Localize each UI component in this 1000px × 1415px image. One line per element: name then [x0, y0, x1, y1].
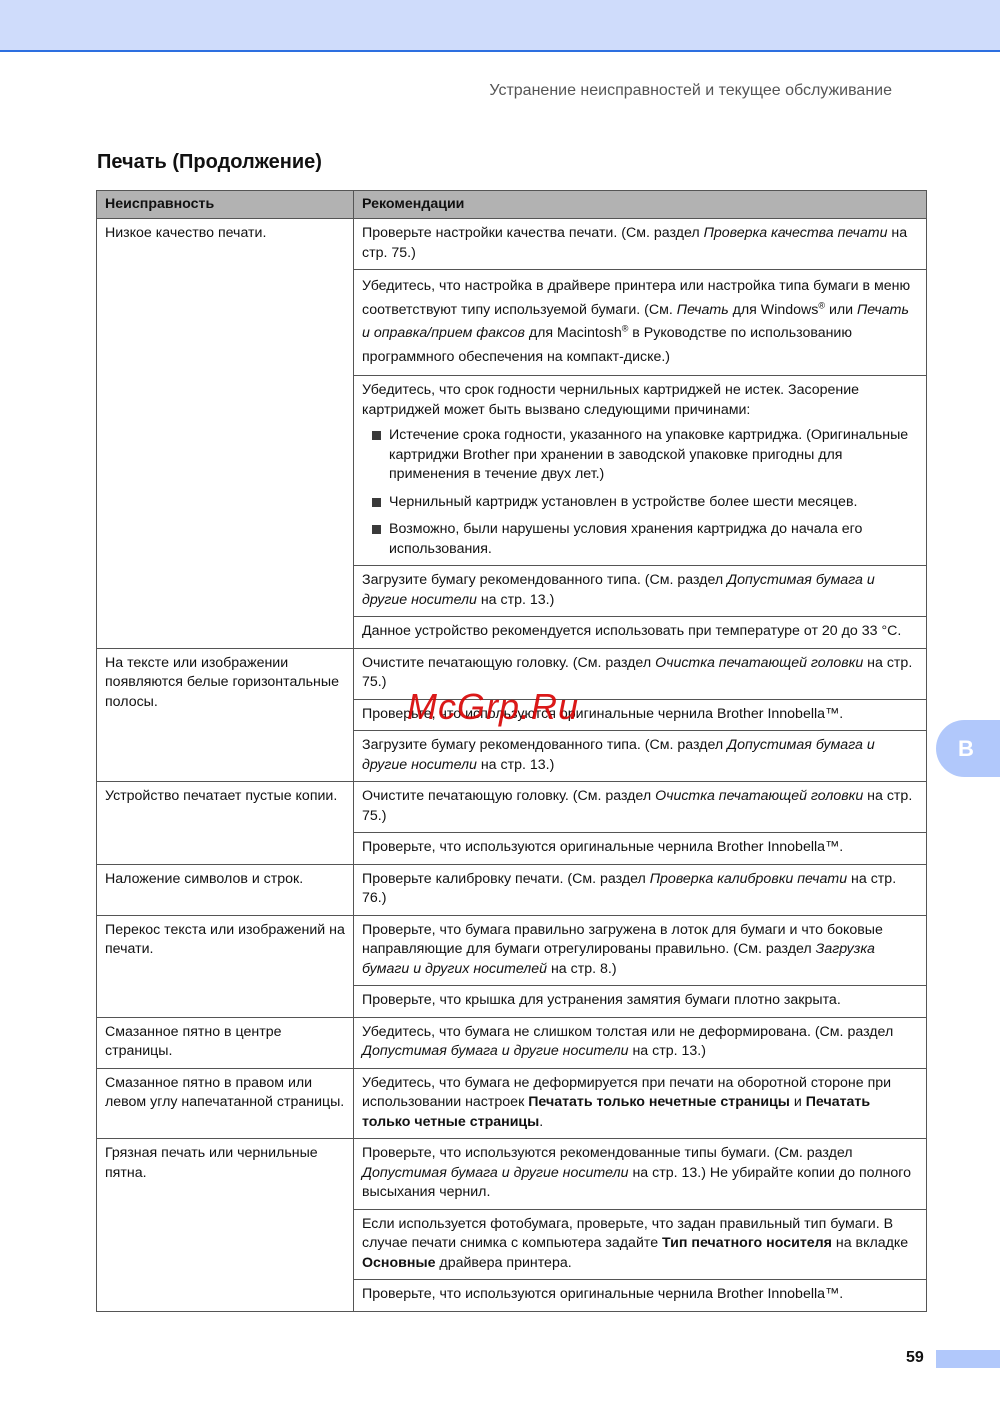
table-row: Грязная печать или чернильные пятна.Пров… [97, 1139, 927, 1210]
text-fragment: Убедитесь, что срок годности чернильных … [362, 382, 859, 418]
table-row: Смазанное пятно в правом или левом углу … [97, 1068, 927, 1139]
page-number: 59 [906, 1349, 924, 1367]
column-header-problem: Неисправность [97, 191, 354, 219]
table-row: Смазанное пятно в центре страницы.Убедит… [97, 1017, 927, 1068]
chapter-tab-label: B [958, 736, 974, 762]
problem-cell: Смазанное пятно в центре страницы. [97, 1017, 354, 1068]
text-fragment: Проверьте настройки качества печати. (См… [362, 225, 704, 241]
text-fragment: и [790, 1094, 806, 1110]
table-row: Устройство печатает пустые копии.Очистит… [97, 782, 927, 833]
bullet-text: Возможно, были нарушены условия хранения… [389, 521, 862, 557]
cross-reference: Допустимая бумага и другие носители [362, 1165, 629, 1181]
recommendation-cell: Проверьте, что используются оригинальные… [354, 699, 927, 731]
recommendation-cell: Проверьте калибровку печати. (См. раздел… [354, 864, 927, 915]
square-bullet-icon [372, 431, 381, 440]
text-fragment: Убедитесь, что бумага не слишком толстая… [362, 1024, 893, 1040]
cross-reference: Очистка печатающей головки [655, 788, 863, 804]
text-fragment: или [825, 302, 857, 318]
cross-reference: Проверка качества печати [704, 225, 888, 241]
recommendation-cell: Убедитесь, что срок годности чернильных … [354, 376, 927, 566]
text-fragment: Проверьте, что используются оригинальные… [362, 1286, 843, 1302]
text-fragment: на стр. 13.) [629, 1043, 706, 1059]
running-header: Устранение неисправностей и текущее обсл… [489, 82, 892, 100]
table-row: Низкое качество печати.Проверьте настрой… [97, 219, 927, 270]
troubleshooting-table: Неисправность Рекомендации Низкое качест… [96, 190, 927, 1312]
cross-reference: Печать [677, 302, 729, 318]
recommendation-cell: Загрузите бумагу рекомендованного типа. … [354, 566, 927, 617]
text-fragment: Проверьте, что используются рекомендован… [362, 1145, 853, 1161]
text-fragment: драйвера принтера. [435, 1255, 571, 1271]
column-header-recommendations: Рекомендации [354, 191, 927, 219]
table-body: Низкое качество печати.Проверьте настрой… [97, 219, 927, 1312]
recommendation-cell: Загрузите бумагу рекомендованного типа. … [354, 731, 927, 782]
bullet-list: Истечение срока годности, указанного на … [362, 426, 918, 559]
table-row: Наложение символов и строк.Проверьте кал… [97, 864, 927, 915]
problem-cell: На тексте или изображении появляются бел… [97, 648, 354, 782]
text-fragment: на стр. 8.) [547, 961, 617, 977]
problem-cell: Грязная печать или чернильные пятна. [97, 1139, 354, 1312]
setting-name: Основные [362, 1255, 435, 1271]
table-header-row: Неисправность Рекомендации [97, 191, 927, 219]
text-fragment: Проверьте, что крышка для устранения зам… [362, 992, 841, 1008]
chapter-tab: B [936, 720, 1000, 777]
text-fragment: Проверьте калибровку печати. (См. раздел [362, 871, 650, 887]
text-fragment: на стр. 13.) [477, 592, 554, 608]
recommendation-cell: Проверьте настройки качества печати. (См… [354, 219, 927, 270]
problem-cell: Перекос текста или изображений на печати… [97, 915, 354, 1017]
problem-cell: Низкое качество печати. [97, 219, 354, 649]
recommendation-cell: Убедитесь, что бумага не слишком толстая… [354, 1017, 927, 1068]
bullet-item: Возможно, были нарушены условия хранения… [372, 520, 918, 559]
recommendation-cell: Очистите печатающую головку. (См. раздел… [354, 782, 927, 833]
recommendation-cell: Проверьте, что крышка для устранения зам… [354, 986, 927, 1018]
text-fragment: Очистите печатающую головку. (См. раздел [362, 655, 655, 671]
recommendation-cell: Убедитесь, что бумага не деформируется п… [354, 1068, 927, 1139]
cross-reference: Допустимая бумага и другие носители [362, 1043, 629, 1059]
text-fragment: Проверьте, что бумага правильно загружен… [362, 922, 883, 958]
text-fragment: для Macintosh [525, 325, 622, 341]
cross-reference: Очистка печатающей головки [655, 655, 863, 671]
text-fragment: на стр. 13.) [477, 757, 554, 773]
setting-name: Тип печатного носителя [662, 1235, 832, 1251]
text-fragment: Загрузите бумагу рекомендованного типа. … [362, 572, 727, 588]
recommendation-cell: Если используется фотобумага, проверьте,… [354, 1209, 927, 1280]
recommendation-cell: Проверьте, что используются оригинальные… [354, 1280, 927, 1312]
recommendation-cell: Данное устройство рекомендуется использо… [354, 617, 927, 649]
text-fragment: для Windows [729, 302, 819, 318]
recommendation-cell: Очистите печатающую головку. (См. раздел… [354, 648, 927, 699]
square-bullet-icon [372, 525, 381, 534]
section-title: Печать (Продолжение) [97, 151, 322, 174]
recommendation-cell: Проверьте, что используются оригинальные… [354, 833, 927, 865]
problem-cell: Смазанное пятно в правом или левом углу … [97, 1068, 354, 1139]
bullet-text: Истечение срока годности, указанного на … [389, 427, 908, 482]
text-fragment: . [539, 1114, 543, 1130]
text-fragment: Проверьте, что используются оригинальные… [362, 706, 843, 722]
text-fragment: Очистите печатающую головку. (См. раздел [362, 788, 655, 804]
square-bullet-icon [372, 498, 381, 507]
cross-reference: Проверка калибровки печати [650, 871, 847, 887]
problem-cell: Наложение символов и строк. [97, 864, 354, 915]
bullet-text: Чернильный картридж установлен в устройс… [389, 494, 857, 510]
table-row: Перекос текста или изображений на печати… [97, 915, 927, 986]
recommendation-cell: Убедитесь, что настройка в драйвере прин… [354, 270, 927, 376]
setting-name: Печатать только нечетные страницы [528, 1094, 790, 1110]
top-band [0, 0, 1000, 52]
text-fragment: Проверьте, что используются оригинальные… [362, 839, 843, 855]
recommendation-cell: Проверьте, что используются рекомендован… [354, 1139, 927, 1210]
text-fragment: на вкладке [832, 1235, 908, 1251]
bullet-item: Истечение срока годности, указанного на … [372, 426, 918, 485]
text-fragment: Загрузите бумагу рекомендованного типа. … [362, 737, 727, 753]
page-number-bar [936, 1350, 1000, 1368]
recommendation-cell: Проверьте, что бумага правильно загружен… [354, 915, 927, 986]
problem-cell: Устройство печатает пустые копии. [97, 782, 354, 865]
text-fragment: Данное устройство рекомендуется использо… [362, 623, 901, 639]
bullet-item: Чернильный картридж установлен в устройс… [372, 493, 918, 513]
table-row: На тексте или изображении появляются бел… [97, 648, 927, 699]
